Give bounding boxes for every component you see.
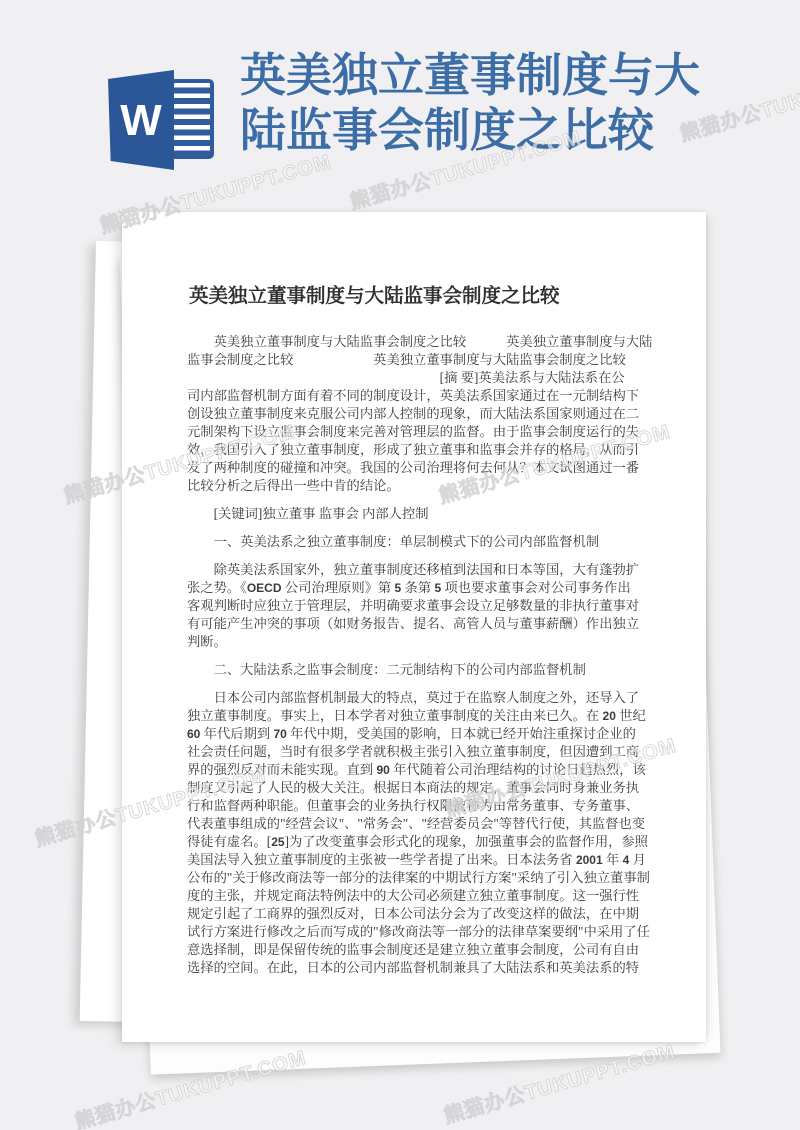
word-icon-letter: W [120, 97, 162, 143]
text-line: [关键词]独立董事 监事会 内部人控制 [187, 505, 640, 523]
latin-text: OECD [247, 581, 282, 595]
text-line: 客观判断时应独立于管理层，并明确要求董事会设立足够数量的非执行董事对 [187, 597, 640, 615]
page-title: 英美独立董事制度与大 陆监事会制度之比较 [240, 48, 740, 158]
text-line: 制度又引起了人民的极大关注。根据日本商法的规定，董事会同时身兼业务执 [187, 779, 640, 797]
text-line: 代表董事组成的"经营会议"、"常务会"、"经营委员会"等替代行使，其监督也变 [187, 815, 640, 833]
text-line: 二、大陆法系之监事会制度：二元制结构下的公司内部监督机制 [187, 661, 640, 679]
paragraph: 英美独立董事制度与大陆监事会制度之比较 英美独立董事制度与大陆监事会制度之比较 … [187, 333, 640, 495]
latin-text: 70 [274, 727, 287, 741]
latin-text: 2001 [576, 853, 603, 867]
document-page: 英美独立董事制度与大陆监事会制度之比较 英美独立董事制度与大陆监事会制度之比较 … [122, 212, 706, 1042]
text-line: 社会责任问题，当时有很多学者就积极主张引入独立董事制度，但因遭到工商 [187, 743, 640, 761]
text-line: 60 年代后期到 70 年代中期，受美国的影响，日本就已经开始注重探讨企业的 [187, 725, 640, 743]
text-line: 有可能产生冲突的事项（如财务报告、提名、高管人员与董事薪酬）作出独立 [187, 615, 640, 633]
text-line: 判断。 [187, 633, 640, 651]
latin-text: 90 [376, 763, 389, 777]
paragraph: 日本公司内部监督机制最大的特点，莫过于在监察人制度之外，还导入了独立董事制度。事… [187, 689, 640, 977]
word-document-lines-icon [170, 79, 214, 159]
text-line: 公布的"关于修改商法等一部分的法律案的中期试行方案"采纳了引入独立董事制 [187, 869, 640, 887]
document-heading: 英美独立董事制度与大陆监事会制度之比较 [189, 284, 640, 310]
text-line: 美国法导入独立董事制度的主张被一些学者提了出来。日本法务省 2001 年 4 月 [187, 851, 640, 869]
word-icon: W [108, 70, 214, 170]
latin-text: 4 [623, 853, 630, 867]
text-line: 效，我国引入了独立董事制度，形成了独立董事和监事会并存的格局，从而引 [187, 441, 640, 459]
text-line: 元制架构下设立监事会制度来完善对管理层的监督。由于监事会制度运行的失 [187, 423, 640, 441]
latin-text: 25 [271, 835, 284, 849]
latin-text: 20 [603, 709, 616, 723]
latin-text: 60 [187, 727, 200, 741]
paragraph: [关键词]独立董事 监事会 内部人控制 [187, 505, 640, 523]
text-line: 试行方案进行修改之后而写成的"修改商法等一部分的法律草案要纲"中采用了任 [187, 923, 640, 941]
text-line: 行和监督两种职能。但董事会的业务执行权限被称为由常务董事、专务董事、 [187, 797, 640, 815]
word-w-panel-icon: W [108, 70, 174, 170]
text-line: 选择的空间。在此，日本的公司内部监督机制兼具了大陆法系和英美法系的特 [187, 959, 640, 977]
text-line: 度的主张，并规定商法特例法中的大公司必须建立独立董事制度。这一强行性 [187, 887, 640, 905]
latin-text: 5 [434, 581, 441, 595]
text-line: 意选择制，即是保留传统的监事会制度还是建立独立董事会制度，公司有自由 [187, 941, 640, 959]
text-line: 日本公司内部监督机制最大的特点，莫过于在监察人制度之外，还导入了 [187, 689, 640, 707]
text-line: 英美独立董事制度与大陆监事会制度之比较 英美独立董事制度与大陆 [187, 333, 640, 351]
text-line: 一、英美法系之独立董事制度：单层制模式下的公司内部监督机制 [187, 533, 640, 551]
paragraph: 除英美法系国家外，独立董事制度还移植到法国和日本等国，大有蓬勃扩张之势。《OEC… [187, 561, 640, 651]
paragraph: 一、英美法系之独立董事制度：单层制模式下的公司内部监督机制 [187, 533, 640, 551]
paragraph: 二、大陆法系之监事会制度：二元制结构下的公司内部监督机制 [187, 661, 640, 679]
text-line: 规定引起了工商界的强烈反对，日本公司法分会为了改变这样的做法，在中期 [187, 905, 640, 923]
text-line: 界的强烈反对而未能实现。直到 90 年代随着公司治理结构的讨论日趋热烈，该 [187, 761, 640, 779]
text-line: 司内部监督机制方面有着不同的制度设计，英美法系国家通过在一元制结构下 [187, 387, 640, 405]
page-title-line-2: 陆监事会制度之比较 [240, 103, 740, 158]
text-line: 张之势。《OECD 公司治理原则》第 5 条第 5 项也要求董事会对公司事务作出 [187, 579, 640, 597]
document-body: 英美独立董事制度与大陆监事会制度之比较 英美独立董事制度与大陆监事会制度之比较 … [187, 333, 640, 977]
text-line: 创设独立董事制度来克服公司内部人控制的现象，而大陆法系国家则通过在二 [187, 405, 640, 423]
latin-text: 5 [395, 581, 402, 595]
text-line: 得徒有虚名。[25]为了改变董事会形式化的现象，加强董事会的监督作用，参照 [187, 833, 640, 851]
text-line: 除英美法系国家外，独立董事制度还移植到法国和日本等国，大有蓬勃扩 [187, 561, 640, 579]
text-line: 比较分析之后得出一些中肯的结论。 [187, 477, 640, 495]
text-line: [摘 要]英美法系与大陆法系在公 [187, 369, 640, 387]
page-title-line-1: 英美独立董事制度与大 [240, 48, 740, 103]
page-background: W 英美独立董事制度与大 陆监事会制度之比较 英美独立董事制度与大陆监事会制度之… [0, 0, 800, 1130]
text-line: 发了两种制度的碰撞和冲突。我国的公司治理将何去何从？本文试图通过一番 [187, 459, 640, 477]
text-line: 监事会制度之比较 英美独立董事制度与大陆监事会制度之比较 [187, 351, 640, 369]
text-line: 独立董事制度。事实上，日本学者对独立董事制度的关注由来已久。在 20 世纪 [187, 707, 640, 725]
